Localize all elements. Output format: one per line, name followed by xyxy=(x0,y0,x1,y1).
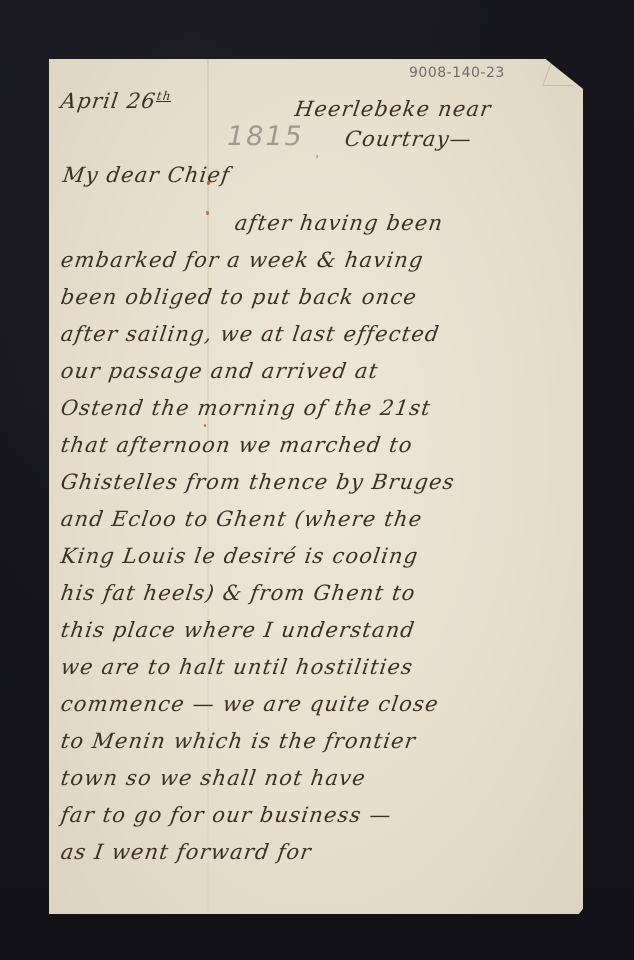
catalog-number: 9008-140-23 xyxy=(409,65,505,81)
letter-body-line: this place where I understand xyxy=(59,618,417,642)
letter-body-line: commence — we are quite close xyxy=(59,692,440,716)
letter-salutation: My dear Chief xyxy=(61,163,232,187)
foxing-spot xyxy=(204,424,206,427)
letter-body-line: far to go for our business — xyxy=(59,803,393,827)
pencil-mark: , xyxy=(315,145,319,161)
letter-body-line: his fat heels) & from Ghent to xyxy=(59,581,417,605)
letter-place-line-2: Courtray— xyxy=(343,127,473,151)
letter-body-line: after sailing, we at last effected xyxy=(59,322,441,346)
letter-body-line: Ostend the morning of the 21st xyxy=(59,396,433,420)
letter-body-line: embarked for a week & having xyxy=(59,248,425,272)
letter-body-line: that afternoon we marched to xyxy=(59,433,414,457)
foxing-spot xyxy=(206,211,209,215)
letter-body-line: we are to halt until hostilities xyxy=(59,655,415,679)
letter-page: 9008-140-23 1815 , April 26th Heerlebeke… xyxy=(49,59,583,914)
letter-body-line: and Ecloo to Ghent (where the xyxy=(59,507,424,531)
letter-date: April 26th xyxy=(59,89,172,113)
letter-body-line: Ghistelles from thence by Bruges xyxy=(59,470,456,494)
letter-body-line: as I went forward for xyxy=(59,840,313,864)
letter-body-line: town so we shall not have xyxy=(59,766,367,790)
letter-body-line: King Louis le desiré is cooling xyxy=(59,544,420,568)
letter-body-line: to Menin which is the frontier xyxy=(59,729,418,753)
letter-body-line: our passage and arrived at xyxy=(59,359,380,383)
letter-body-line: been obliged to put back once xyxy=(59,285,419,309)
letter-body-line: after having been xyxy=(233,211,445,235)
pencil-year-annotation: 1815 xyxy=(227,121,304,152)
letter-place-line-1: Heerlebeke near xyxy=(293,97,493,121)
